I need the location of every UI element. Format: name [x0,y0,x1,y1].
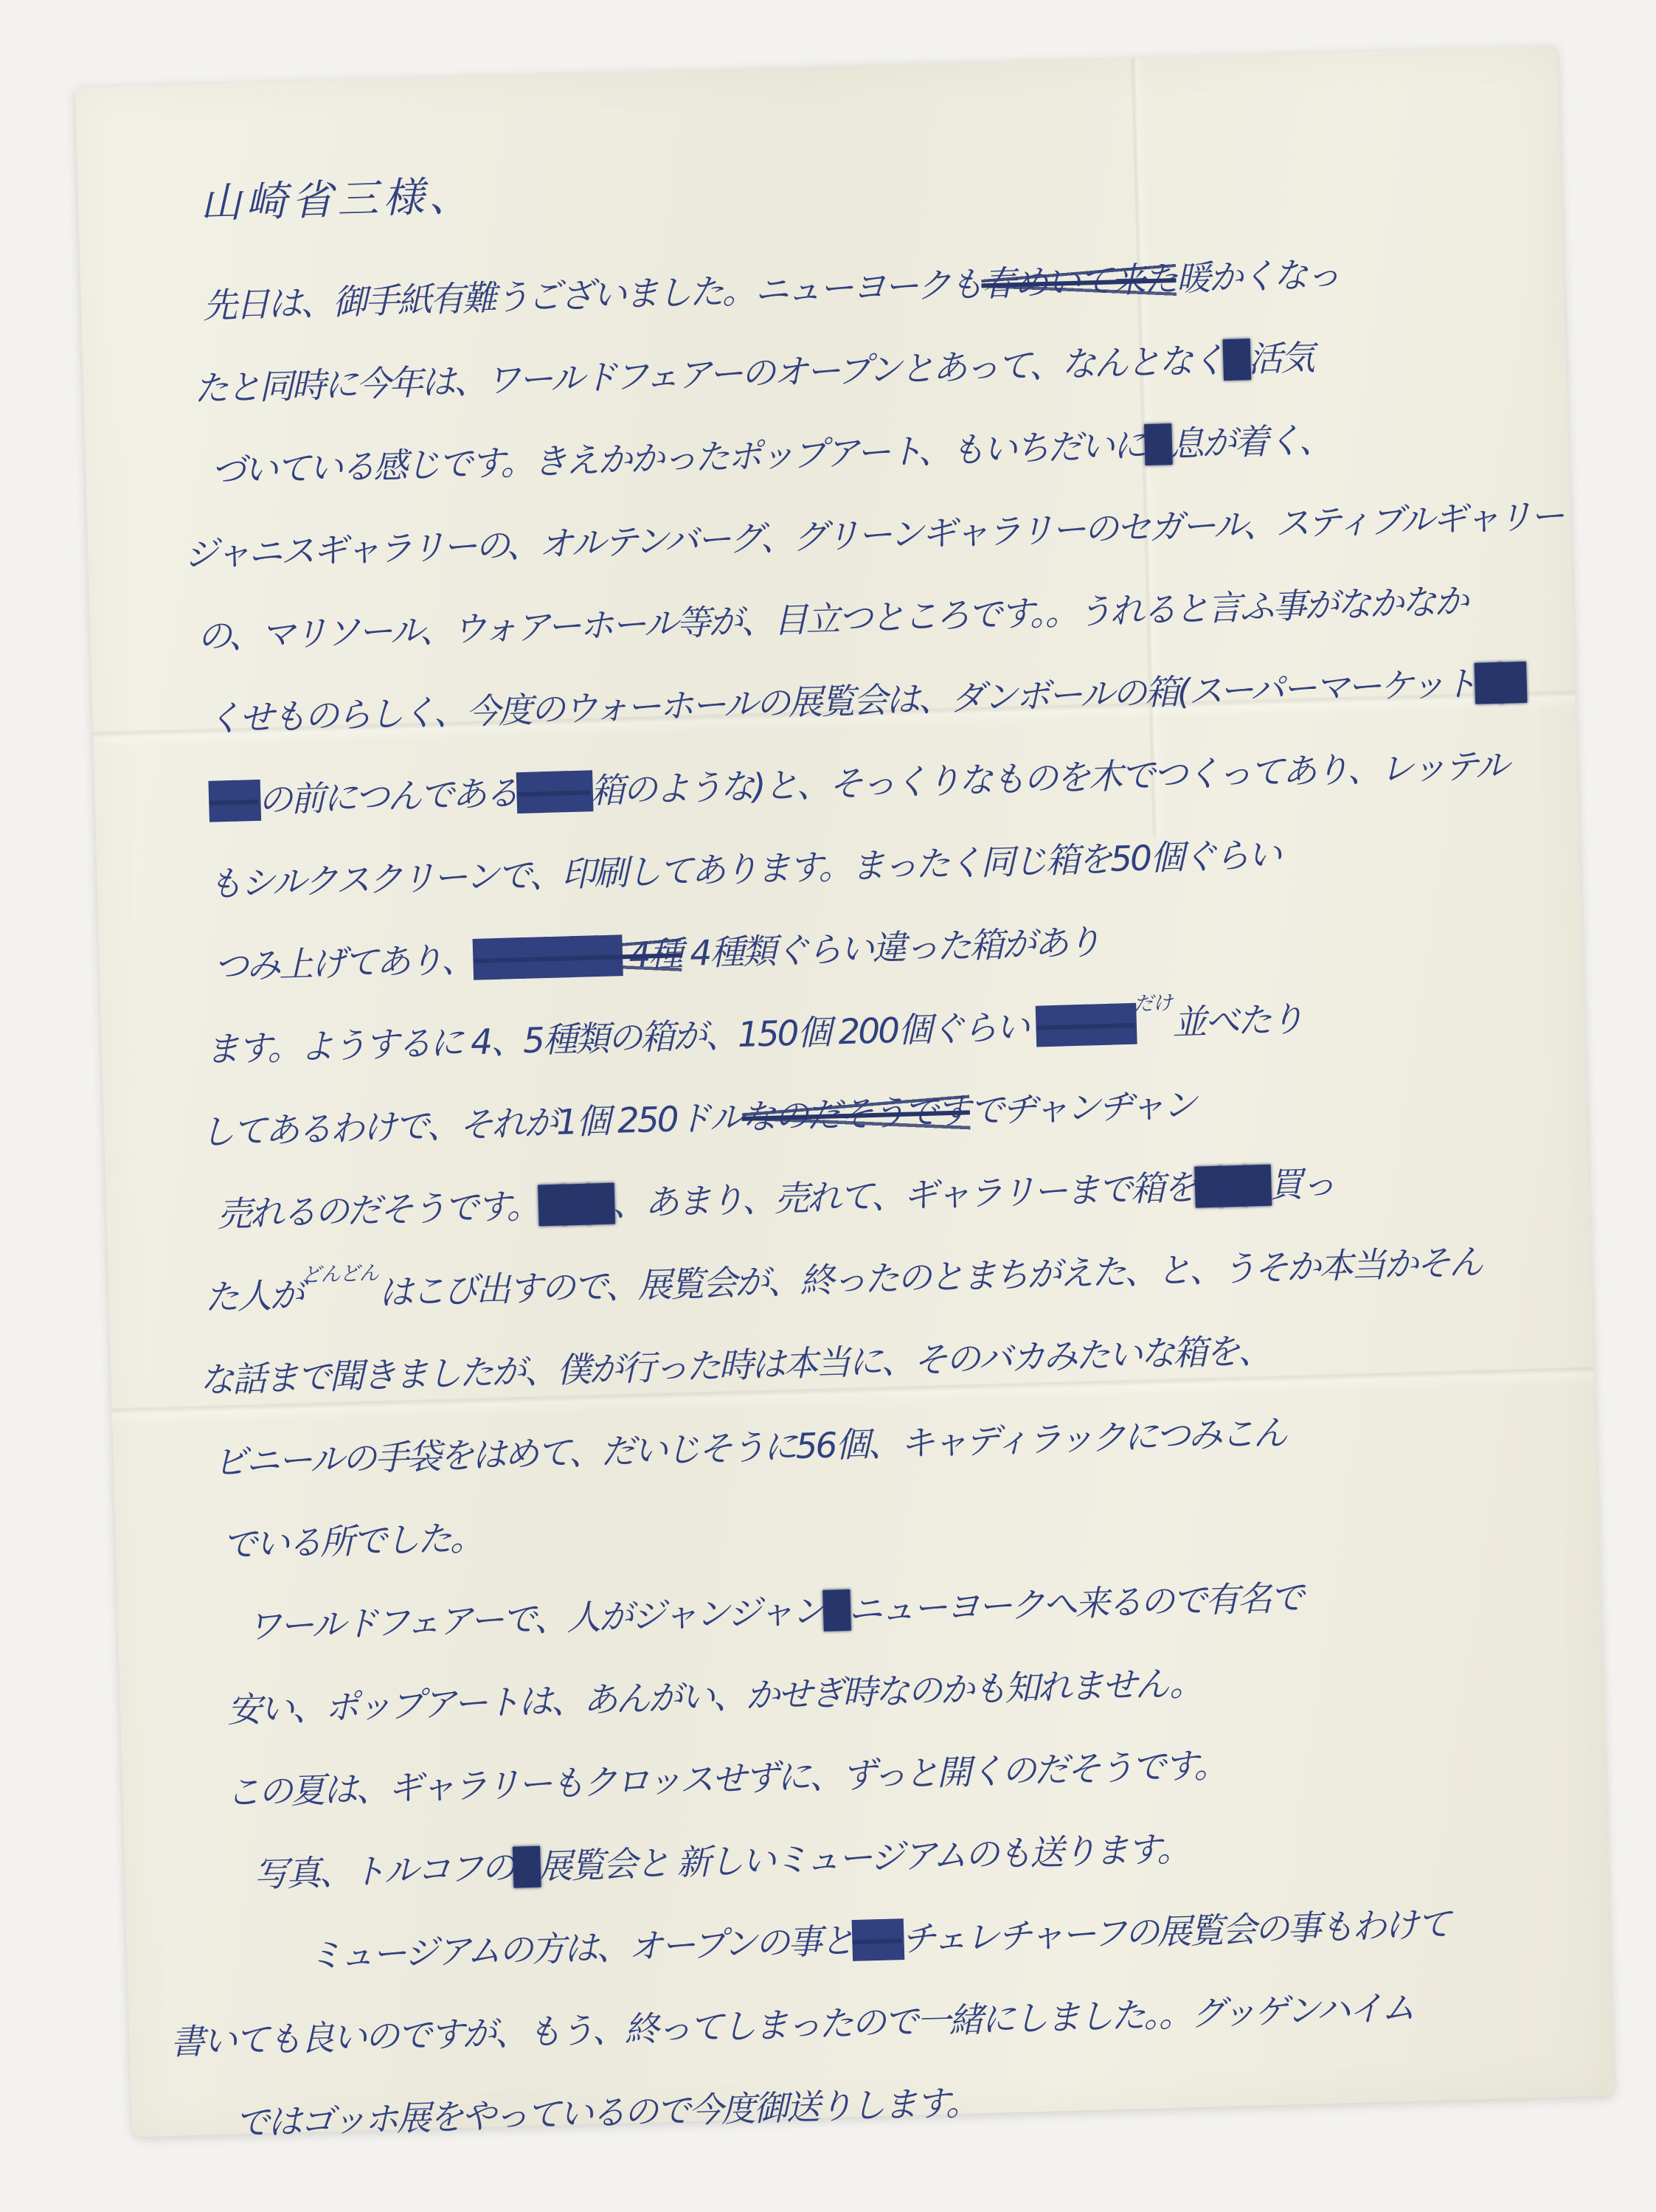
text-segment: の前につんである [257,773,517,821]
text-segment: つみ上げてあり、 [213,940,474,988]
text-segment: はこび出すので、展覧会が、終ったのとまちがえた、と、うそか本当かそん [378,1242,1482,1314]
letter-greeting: 山崎省三様、 [199,134,1532,230]
struck-out-text: ███ [516,771,591,814]
text-segment: ます。ようするに 4、5種類の箱が、150個 200個ぐらい [204,1007,1036,1070]
ink-blot: █ [823,1590,849,1632]
text-segment: ではゴッホ展をやっているので今度御送りします。 [235,2083,978,2144]
text-segment: 、あまり、売れて、ギャラリーまで箱を [612,1168,1196,1224]
struck-out-text: 春めいて来た [981,259,1177,305]
text-segment: もシルクスクリーンで、印刷してあります。まったく同じ箱を50個ぐらい [207,834,1281,905]
text-segment: 先日は、御手紙有難うございました。ニューヨークも [202,264,982,326]
text-segment: 4種類ぐらい違った箱があり [681,922,1100,974]
text-segment: 活気 [1247,338,1314,380]
text-segment: 買っ [1268,1164,1334,1206]
ink-blot: ███ [538,1184,613,1227]
text-segment: ミュージアムの方は、オープンの事と [308,1921,853,1977]
ink-blot: █ [1223,339,1249,381]
text-segment: くせものらしく、今度のウォーホールの展覧会は、ダンボールの箱(スーパーマーケット [207,664,1476,740]
letter-body: 先日は、御手紙有難うございました。ニューヨークも春めいて来た暖かくなったと同時に… [201,229,1585,2165]
struck-out-text: なのだそうです [741,1091,971,1138]
ink-blot: ███ [1195,1165,1269,1208]
text-segment: チェレチャーフの展覧会の事もわけて [901,1904,1449,1960]
text-segment: 箱のような)と、そっくりなものを木でつくってあり、レッテル [590,746,1508,812]
text-segment: してあるわけで、それが1個 250ドル [199,1098,742,1153]
text-segment: た人が [204,1275,302,1319]
struck-out-text: ████ [1036,1004,1134,1047]
ink-blot: █ [1145,424,1171,465]
struck-out-text: ██ [209,780,259,822]
text-segment: たと同時に今年は、ワールドフェアーのオープンとあって、なんとなく [193,340,1224,409]
text-segment: 展覧会と 新しいミュージアムのも送ります。 [538,1828,1190,1887]
inserted-text: どんどん [301,1262,378,1287]
struck-out-text: ██ [852,1919,902,1961]
text-segment: ビニールの手袋をはめて、だいじそうに56個、キャディラックにつみこん [212,1413,1286,1484]
text-segment: 並べたり [1172,999,1303,1044]
text-segment: 売れるのだそうです。 [217,1186,540,1235]
text-segment: の、マリソール、ウォアーホール等が、目立つところです。。うれると言ふ事がなかなか [197,581,1467,657]
text-segment: 写真、トルコフの [254,1848,514,1896]
inserted-text: だけ [1133,992,1172,1016]
ink-blot: █ [513,1847,538,1888]
text-segment: 安い、ポップアートは、あんがい、かせぎ時なのかも知れません。 [226,1663,1202,1731]
text-segment: 書いても良いのですが、もう、終ってしまったので一緒にしました。。グッゲンハイム [170,1988,1414,2063]
text-segment: 暖かくなっ [1176,254,1339,299]
text-segment: な話まで聞きましたが、僕が行った時は本当に、そのバカみたいな箱を、 [199,1331,1271,1401]
text-segment: ニューヨークへ来るので有名で [848,1578,1303,1631]
struck-out-text: ██████ 4種 [473,934,682,980]
text-segment: 息が着く、 [1169,420,1332,465]
text-segment: でいる所でした。 [222,1518,482,1566]
letter-paper: 山崎省三様、 先日は、御手紙有難うございました。ニューヨークも春めいて来た暖かく… [75,46,1615,2137]
scan-background: { "meta": { "kind": "handwritten letter … [0,0,1656,2212]
text-segment: づいている感じです。きえかかったポップアート、もいちだいに [210,425,1146,491]
ink-blot: ██ [1475,662,1525,704]
text-segment: この夏は、ギャラリーもクロッスせずに、ずっと開くのだそうです。 [225,1745,1226,1814]
text-segment: ワールドフェアーで、人がジャンジャン [246,1591,824,1648]
text-segment: でヂャンヂャン [969,1085,1196,1131]
